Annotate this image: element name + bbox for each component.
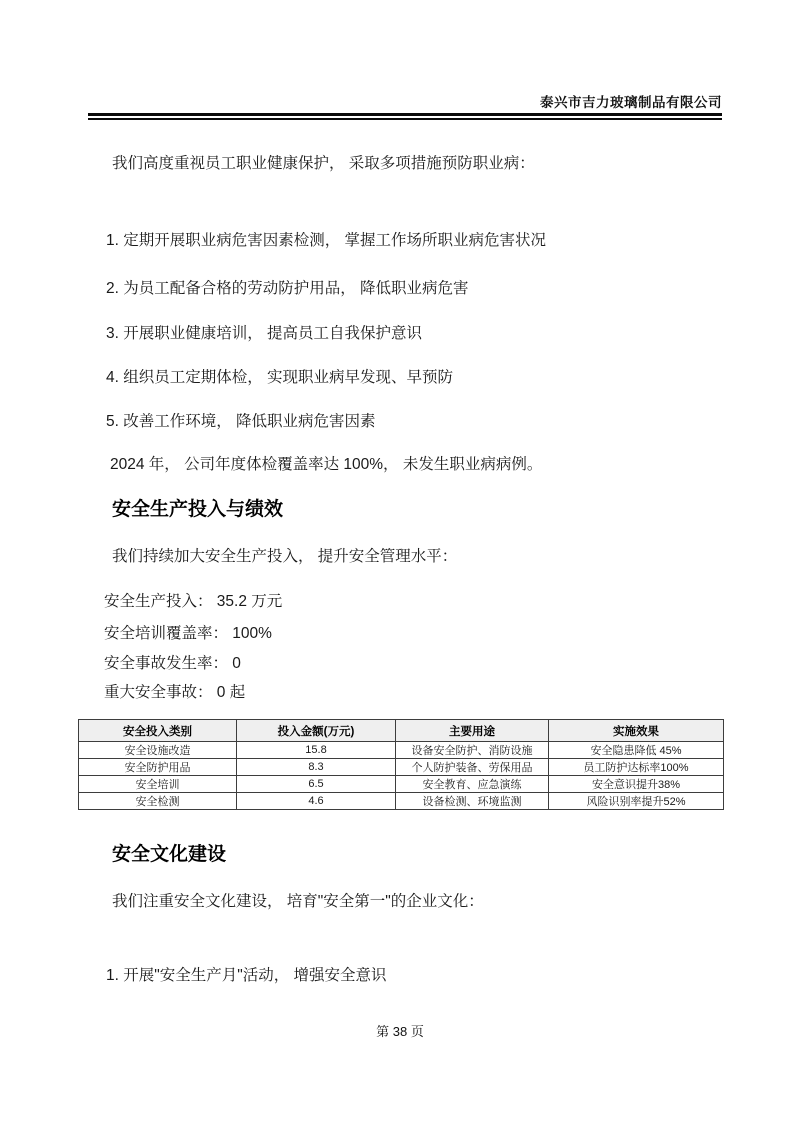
health-list-item-3: 3. 开展职业健康培训， 提高员工自我保护意识 (106, 323, 422, 344)
culture-list-item-1: 1. 开展"安全生产月"活动， 增强安全意识 (106, 965, 387, 986)
table-cell: 安全防护用品 (79, 759, 237, 776)
table-cell: 安全设施改造 (79, 742, 237, 759)
table-row: 安全培训 6.5 安全教育、应急演练 安全意识提升38% (79, 776, 724, 793)
health-list-item-5: 5. 改善工作环境， 降低职业病危害因素 (106, 411, 376, 432)
table-cell: 15.8 (237, 742, 396, 759)
section-title-culture: 安全文化建设 (112, 842, 226, 867)
table-row: 安全防护用品 8.3 个人防护装备、劳保用品 员工防护达标率100% (79, 759, 724, 776)
page-number: 第 38 页 (0, 1021, 800, 1040)
table-header-effect: 实施效果 (549, 720, 724, 742)
document-page: 泰兴市吉力玻璃制品有限公司 我们高度重视员工职业健康保护， 采取多项措施预防职业… (0, 0, 800, 1131)
table-cell: 安全隐患降低 45% (549, 742, 724, 759)
section-title-investment: 安全生产投入与绩效 (112, 497, 283, 522)
health-summary-line: 2024 年， 公司年度体检覆盖率达 100%， 未发生职业病病例。 (110, 454, 542, 475)
table-cell: 安全培训 (79, 776, 237, 793)
investment-intro-paragraph: 我们持续加大安全生产投入， 提升安全管理水平： (112, 546, 457, 567)
metric-accident-rate: 安全事故发生率： 0 (104, 653, 241, 674)
metric-major-accidents: 重大安全事故： 0 起 (104, 682, 245, 703)
table-cell: 6.5 (237, 776, 396, 793)
metric-investment-amount: 安全生产投入： 35.2 万元 (104, 591, 282, 612)
header-rule-thin-line (88, 118, 722, 120)
header-rule (88, 113, 722, 120)
table-cell: 8.3 (237, 759, 396, 776)
table-cell: 个人防护装备、劳保用品 (396, 759, 549, 776)
metric-training-coverage: 安全培训覆盖率： 100% (104, 623, 272, 644)
table-cell: 风险识别率提升52% (549, 793, 724, 810)
culture-intro-paragraph: 我们注重安全文化建设， 培育"安全第一"的企业文化： (112, 891, 484, 912)
table-row: 安全检测 4.6 设备检测、环境监测 风险识别率提升52% (79, 793, 724, 810)
page-header: 泰兴市吉力玻璃制品有限公司 (88, 94, 722, 120)
table-header-amount: 投入金额(万元) (237, 720, 396, 742)
company-name: 泰兴市吉力玻璃制品有限公司 (88, 94, 722, 111)
table-cell: 员工防护达标率100% (549, 759, 724, 776)
health-list-item-4: 4. 组织员工定期体检， 实现职业病早发现、早预防 (106, 367, 453, 388)
table-cell: 设备检测、环境监测 (396, 793, 549, 810)
table-cell: 4.6 (237, 793, 396, 810)
table-header-row: 安全投入类别 投入金额(万元) 主要用途 实施效果 (79, 720, 724, 742)
table-cell: 设备安全防护、消防设施 (396, 742, 549, 759)
table-cell: 安全意识提升38% (549, 776, 724, 793)
table-row: 安全设施改造 15.8 设备安全防护、消防设施 安全隐患降低 45% (79, 742, 724, 759)
table-cell: 安全检测 (79, 793, 237, 810)
health-intro-paragraph: 我们高度重视员工职业健康保护， 采取多项措施预防职业病： (112, 153, 535, 174)
safety-investment-table: 安全投入类别 投入金额(万元) 主要用途 实施效果 安全设施改造 15.8 设备… (78, 719, 724, 810)
health-list-item-2: 2. 为员工配备合格的劳动防护用品， 降低职业病危害 (106, 278, 469, 299)
table-header-category: 安全投入类别 (79, 720, 237, 742)
health-list-item-1: 1. 定期开展职业病危害因素检测， 掌握工作场所职业病危害状况 (106, 230, 546, 251)
table-header-purpose: 主要用途 (396, 720, 549, 742)
table-cell: 安全教育、应急演练 (396, 776, 549, 793)
